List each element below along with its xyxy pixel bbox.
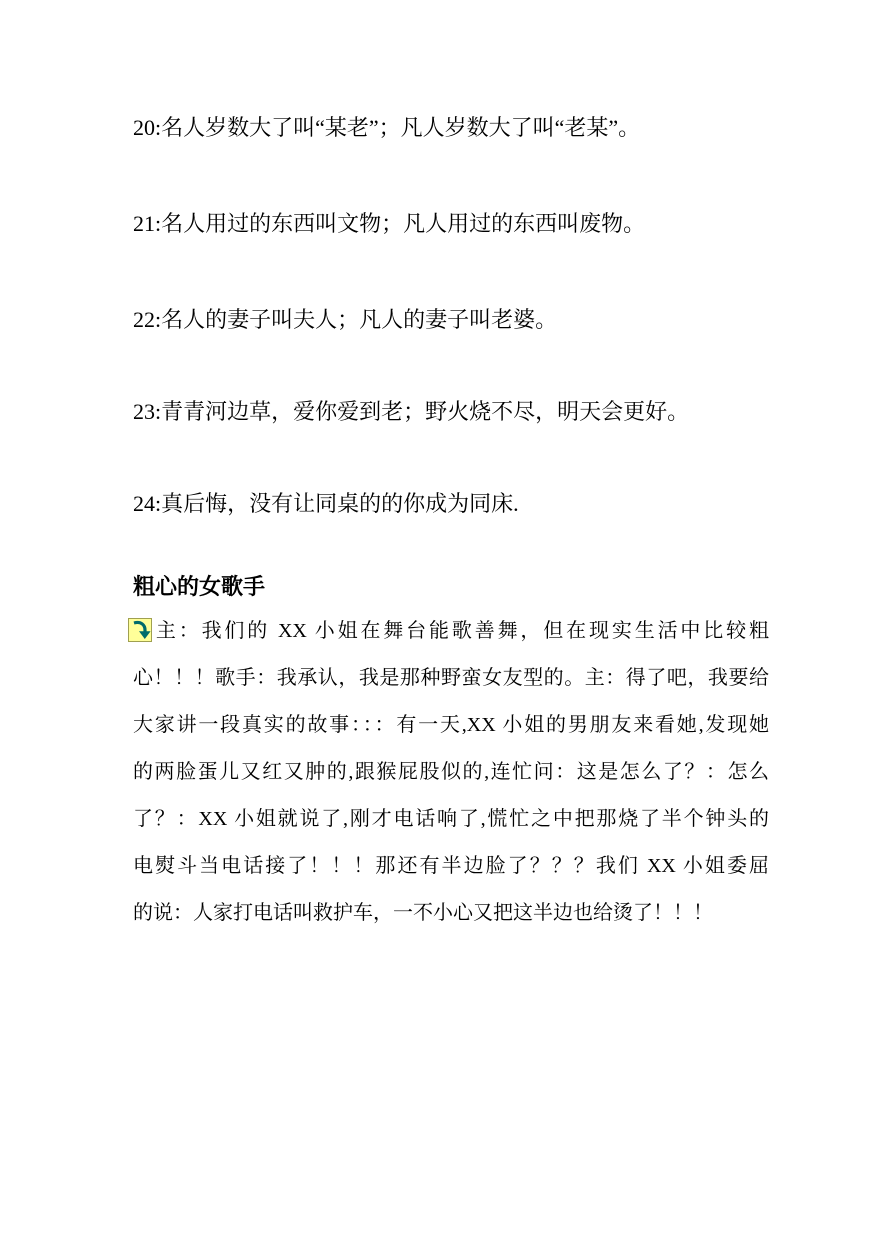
curved-arrow-note-icon (128, 618, 152, 642)
story-line: 的说：人家打电话叫救护车，一不小心又把这半边也给烫了！！！ (133, 900, 713, 927)
story-line: 了？：XX 小姐就说了,刚才电话响了,慌忙之中把那烧了半个钟头的 (133, 806, 769, 833)
document-page: 20:名人岁数大了叫“某老”；凡人岁数大了叫“老某”。 21:名人用过的东西叫文… (0, 0, 884, 1250)
joke-item-23: 23:青青河边草，爱你爱到老；野火烧不尽，明天会更好。 (133, 398, 689, 426)
story-line: 心！！！歌手：我承认，我是那种野蛮女友型的。主：得了吧，我要给 (133, 665, 769, 692)
joke-item-24: 24:真后悔，没有让同桌的的你成为同床. (133, 490, 519, 518)
joke-item-21: 21:名人用过的东西叫文物；凡人用过的东西叫废物。 (133, 210, 645, 238)
story-line: 大家讲一段真实的故事：：：有一天,XX 小姐的男朋友来看她,发现她 (133, 712, 769, 739)
section-heading: 粗心的女歌手 (133, 573, 265, 601)
story-text: 主：我们的 XX 小姐在舞台能歌善舞，但在现实生活中比较粗 (153, 620, 769, 642)
story-line: 主：我们的 XX 小姐在舞台能歌善舞，但在现实生活中比较粗 (128, 618, 769, 645)
joke-item-20: 20:名人岁数大了叫“某老”；凡人岁数大了叫“老某”。 (133, 114, 640, 142)
story-line: 电熨斗当电话接了！！！那还有半边脸了？？？我们 XX 小姐委屈 (133, 853, 769, 880)
joke-item-22: 22:名人的妻子叫夫人；凡人的妻子叫老婆。 (133, 306, 557, 334)
story-line: 的两脸蛋儿又红又肿的,跟猴屁股似的,连忙问：这是怎么了？：怎么 (133, 759, 769, 786)
